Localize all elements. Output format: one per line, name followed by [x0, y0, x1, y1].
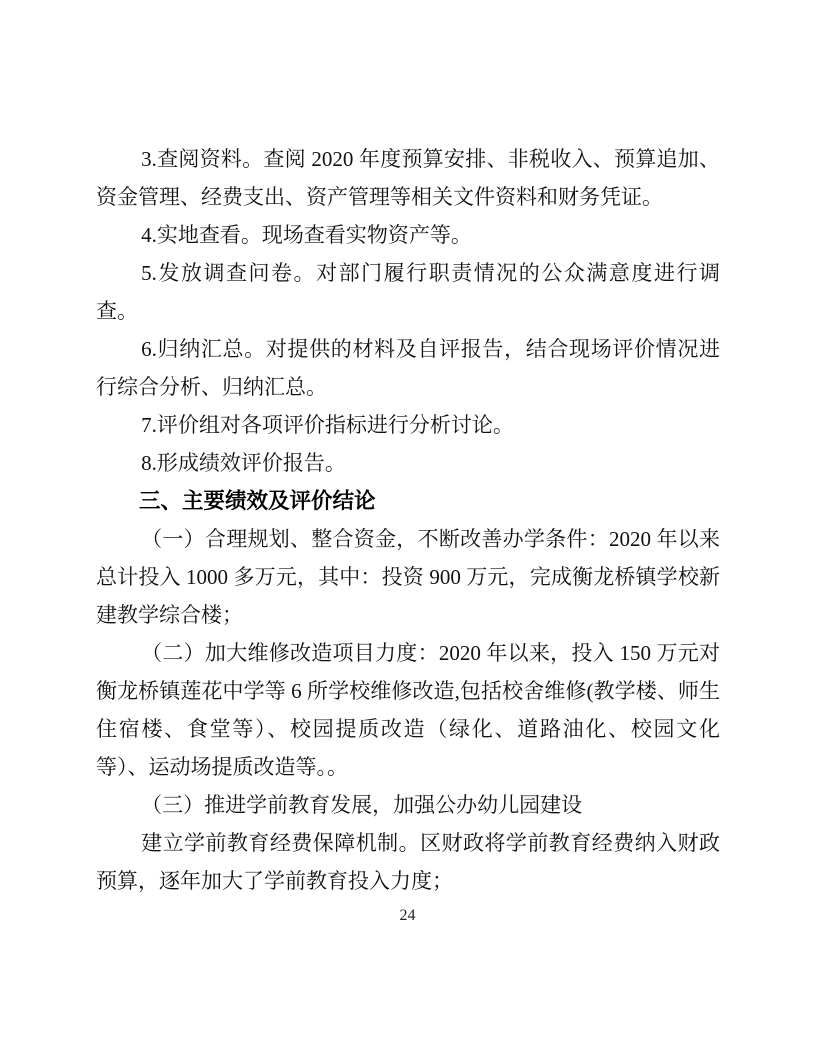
paragraph-step-3: 3.查阅资料。查阅 2020 年度预算安排、非税收入、预算追加、资金管理、经费支… [96, 140, 720, 216]
section-heading: 三、主要绩效及评价结论 [96, 482, 720, 520]
paragraph-preschool-funding: 建立学前教育经费保障机制。区财政将学前教育经费纳入财政预算，逐年加大了学前教育投… [96, 824, 720, 900]
document-page: 3.查阅资料。查阅 2020 年度预算安排、非税收入、预算追加、资金管理、经费支… [0, 0, 815, 1055]
paragraph-step-8: 8.形成绩效评价报告。 [96, 444, 720, 482]
paragraph-step-7: 7.评价组对各项评价指标进行分析讨论。 [96, 406, 720, 444]
paragraph-item-1: （一）合理规划、整合资金，不断改善办学条件：2020 年以来总计投入 1000 … [96, 520, 720, 634]
document-content: 3.查阅资料。查阅 2020 年度预算安排、非税收入、预算追加、资金管理、经费支… [96, 140, 720, 900]
paragraph-item-2: （二）加大维修改造项目力度：2020 年以来，投入 150 万元对衡龙桥镇莲花中… [96, 634, 720, 786]
paragraph-step-6: 6.归纳汇总。对提供的材料及自评报告，结合现场评价情况进行综合分析、归纳汇总。 [96, 330, 720, 406]
page-number: 24 [0, 906, 815, 926]
paragraph-step-4: 4.实地查看。现场查看实物资产等。 [96, 216, 720, 254]
paragraph-step-5: 5.发放调查问卷。对部门履行职责情况的公众满意度进行调查。 [96, 254, 720, 330]
paragraph-item-3: （三）推进学前教育发展，加强公办幼儿园建设 [96, 786, 720, 824]
